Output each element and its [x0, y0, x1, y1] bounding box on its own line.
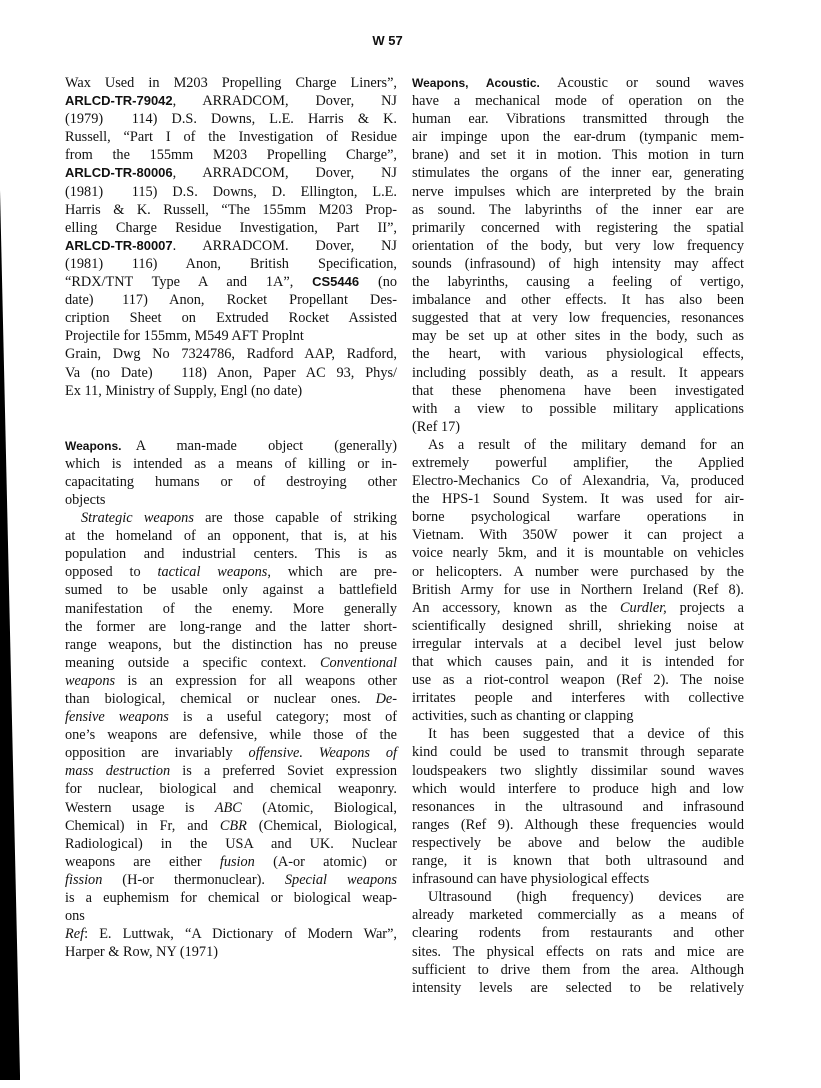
entry-line: that which causes pain, and it is intend… — [412, 653, 744, 671]
entry-line: fission (H-or thermonuclear). Special we… — [65, 871, 397, 889]
entry-line: stimulates the organs of the inner ear, … — [412, 164, 744, 182]
entry-line: human ear. Vibrations transmitted throug… — [412, 110, 744, 128]
report-number: ARLCD-TR-80007 — [65, 238, 173, 253]
entry-weapons-acoustic: Weapons, Acoustic. Acoustic or sound wav… — [412, 74, 744, 997]
reference-line: Harper & Row, NY (1971) — [65, 943, 397, 961]
entry-line: sounds (infrasound) of high intensity ma… — [412, 255, 744, 273]
entry-line: which would interfere to produce high an… — [412, 780, 744, 798]
ref-line: Wax Used in M203 Propelling Charge Liner… — [65, 74, 397, 92]
report-number: ARLCD-TR-80006 — [65, 165, 173, 180]
entry-line: scientifically designed shrill, shriekin… — [412, 617, 744, 635]
entry-line: the heart, with various physiological ef… — [412, 345, 744, 363]
entry-line: Weapons, Acoustic. Acoustic or sound wav… — [412, 74, 744, 92]
entry-line: ons — [65, 907, 397, 925]
entry-line: An accessory, known as the Curdler, proj… — [412, 599, 744, 617]
entry-line: range weapons, but the distinction has n… — [65, 636, 397, 654]
entry-line: fensive weapons is a useful category; mo… — [65, 708, 397, 726]
entry-line: the former are long-range and the latter… — [65, 618, 397, 636]
report-number: ARLCD-TR-79042 — [65, 93, 173, 108]
entry-line: respectively be above and below the audi… — [412, 834, 744, 852]
entry-line: with a view to possible military applica… — [412, 400, 744, 418]
entry-line: activities, such as chanting or clapping — [412, 707, 744, 725]
entry-line: nerve impulses which are interpreted by … — [412, 183, 744, 201]
entry-line: It has been suggested that a device of t… — [412, 725, 744, 743]
entry-line: one’s weapons are defensive, while those… — [65, 726, 397, 744]
entry-heading: Weapons, Acoustic. — [412, 76, 540, 90]
entry-line: may be set up at other sites in the body… — [412, 327, 744, 345]
entry-line: imbalance and other effects. It has also… — [412, 291, 744, 309]
entry-line: sites. The physical effects on rats and … — [412, 943, 744, 961]
entry-line: Weapons. A man-made object (generally) — [65, 437, 397, 455]
ref-line: elling Charge Residue Investigation, Par… — [65, 219, 397, 237]
ref-line: ARLCD-TR-80007. ARRADCOM. Dover, NJ — [65, 237, 397, 255]
entry-line: range, it is known that both ultrasound … — [412, 852, 744, 870]
entry-line: the HPS-1 Sound System. It was used for … — [412, 490, 744, 508]
entry-line: that these phenomena have been investiga… — [412, 382, 744, 400]
entry-line: clearing rodents from restaurants and ot… — [412, 924, 744, 942]
entry-line: which is intended as a means of killing … — [65, 455, 397, 473]
entry-line: Chemical) in Fr, and CBR (Chemical, Biol… — [65, 817, 397, 835]
entry-line: infrasound can have physiological effect… — [412, 870, 744, 888]
entry-line: kind could be used to transmit through s… — [412, 743, 744, 761]
entry-heading: Weapons. — [65, 439, 121, 453]
entry-line: mass destruction is a preferred Soviet e… — [65, 762, 397, 780]
entry-line: loudspeakers two slightly dissimilar sou… — [412, 762, 744, 780]
entry-line: sufficient to drive them from the area. … — [412, 961, 744, 979]
ref-line: (1981) 116) Anon, British Specification, — [65, 255, 397, 273]
references-continued: Wax Used in M203 Propelling Charge Liner… — [65, 74, 397, 400]
page-number-header: W 57 — [0, 33, 775, 48]
entry-line: Electro-Mechanics Co of Alexandria, Va, … — [412, 472, 744, 490]
entry-line: or helicopters. A number were purchased … — [412, 563, 744, 581]
entry-line: extremely powerful amplifier, the Applie… — [412, 454, 744, 472]
entry-line: have a mechanical mode of operation on t… — [412, 92, 744, 110]
reference-line: Ref: E. Luttwak, “A Dictionary of Modern… — [65, 925, 397, 943]
entry-line: already marketed commercially as a means… — [412, 906, 744, 924]
entry-line: resonances in the ultrasound and infraso… — [412, 798, 744, 816]
entry-line: brane) and set it in motion. This motion… — [412, 146, 744, 164]
ref-line: (1979) 114) D.S. Downs, L.E. Harris & K. — [65, 110, 397, 128]
entry-line: for nuclear, biological and chemical wea… — [65, 780, 397, 798]
entry-line: sumed to be usable only against a battle… — [65, 581, 397, 599]
entry-line: orientation of the body, but very low fr… — [412, 237, 744, 255]
entry-line: including possibly death, as a result. I… — [412, 364, 744, 382]
entry-line: population and industrial centers. This … — [65, 545, 397, 563]
ref-line: date) 117) Anon, Rocket Propellant Des- — [65, 291, 397, 309]
entry-line: at the homeland of an opponent, that is,… — [65, 527, 397, 545]
left-column: Wax Used in M203 Propelling Charge Liner… — [65, 74, 397, 961]
entry-line: than biological, chemical or nuclear one… — [65, 690, 397, 708]
entry-line: Western usage is ABC (Atomic, Biological… — [65, 799, 397, 817]
entry-line: weapons are either fusion (A-or atomic) … — [65, 853, 397, 871]
entry-line: irregular intervals at a decibel level j… — [412, 635, 744, 653]
entry-line: borne psychological warfare operations i… — [412, 508, 744, 526]
ref-line: ARLCD-TR-80006, ARRADCOM, Dover, NJ — [65, 164, 397, 182]
ref-line: from the 155mm M203 Propelling Charge”, — [65, 146, 397, 164]
entry-line: As a result of the military demand for a… — [412, 436, 744, 454]
ref-line: Harris & K. Russell, “The 155mm M203 Pro… — [65, 201, 397, 219]
entry-line: use as a riot-control weapon (Ref 2). Th… — [412, 671, 744, 689]
scan-edge-artifact — [0, 190, 20, 1075]
entry-line: capacitating humans or of destroying oth… — [65, 473, 397, 491]
entry-line: ranges (Ref 9). Although these frequenci… — [412, 816, 744, 834]
entry-line: as sound. The labyrinths of the inner ea… — [412, 201, 744, 219]
entry-line: primarily concerned with registering the… — [412, 219, 744, 237]
ref-line: Projectile for 155mm, M549 AFT Proplnt — [65, 327, 397, 345]
ref-line: (1981) 115) D.S. Downs, D. Ellington, L.… — [65, 183, 397, 201]
entry-line: weapons is an expression for all weapons… — [65, 672, 397, 690]
ref-line: Grain, Dwg No 7324786, Radford AAP, Radf… — [65, 345, 397, 363]
entry-line: intensity levels are selected to be rela… — [412, 979, 744, 997]
ref-line: Russell, “Part I of the Investigation of… — [65, 128, 397, 146]
entry-line: British Army for use in Northern Ireland… — [412, 581, 744, 599]
entry-line: opposed to tactical weapons, which are p… — [65, 563, 397, 581]
entry-line: air impinge upon the ear-drum (tympanic … — [412, 128, 744, 146]
entry-line: Ultrasound (high frequency) devices are — [412, 888, 744, 906]
ref-line: cription Sheet on Extruded Rocket Assist… — [65, 309, 397, 327]
ref-line: Va (no Date) 118) Anon, Paper AC 93, Phy… — [65, 364, 397, 382]
ref-line: “RDX/TNT Type A and 1A”, CS5446 (no — [65, 273, 397, 291]
entry-line: irritates people and interferes with col… — [412, 689, 744, 707]
entry-line: Vietnam. With 350W power it can project … — [412, 526, 744, 544]
entry-line: objects — [65, 491, 397, 509]
entry-weapons: Weapons. A man-made object (generally) w… — [65, 437, 397, 962]
right-column: Weapons, Acoustic. Acoustic or sound wav… — [412, 74, 744, 997]
entry-line: (Ref 17) — [412, 418, 744, 436]
entry-line: Radiological) in the USA and UK. Nuclear — [65, 835, 397, 853]
ref-label: Ref — [65, 926, 84, 942]
entry-line: Strategic weapons are those capable of s… — [65, 509, 397, 527]
entry-line: suggested that at very low frequencies, … — [412, 309, 744, 327]
ref-line: Ex 11, Ministry of Supply, Engl (no date… — [65, 382, 397, 400]
ref-line: ARLCD-TR-79042, ARRADCOM, Dover, NJ — [65, 92, 397, 110]
spec-number: CS5446 — [312, 274, 359, 289]
scan-edge-artifact-base — [0, 1075, 20, 1080]
entry-line: voice nearly 5km, and it is mountable on… — [412, 544, 744, 562]
entry-line: opposition are invariably offensive. Wea… — [65, 744, 397, 762]
entry-line: manifestation of the enemy. More general… — [65, 600, 397, 618]
entry-line: the labyrinths, causing a feeling of ver… — [412, 273, 744, 291]
entry-line: meaning outside a specific context. Conv… — [65, 654, 397, 672]
entry-line: is a euphemism for chemical or biologica… — [65, 889, 397, 907]
